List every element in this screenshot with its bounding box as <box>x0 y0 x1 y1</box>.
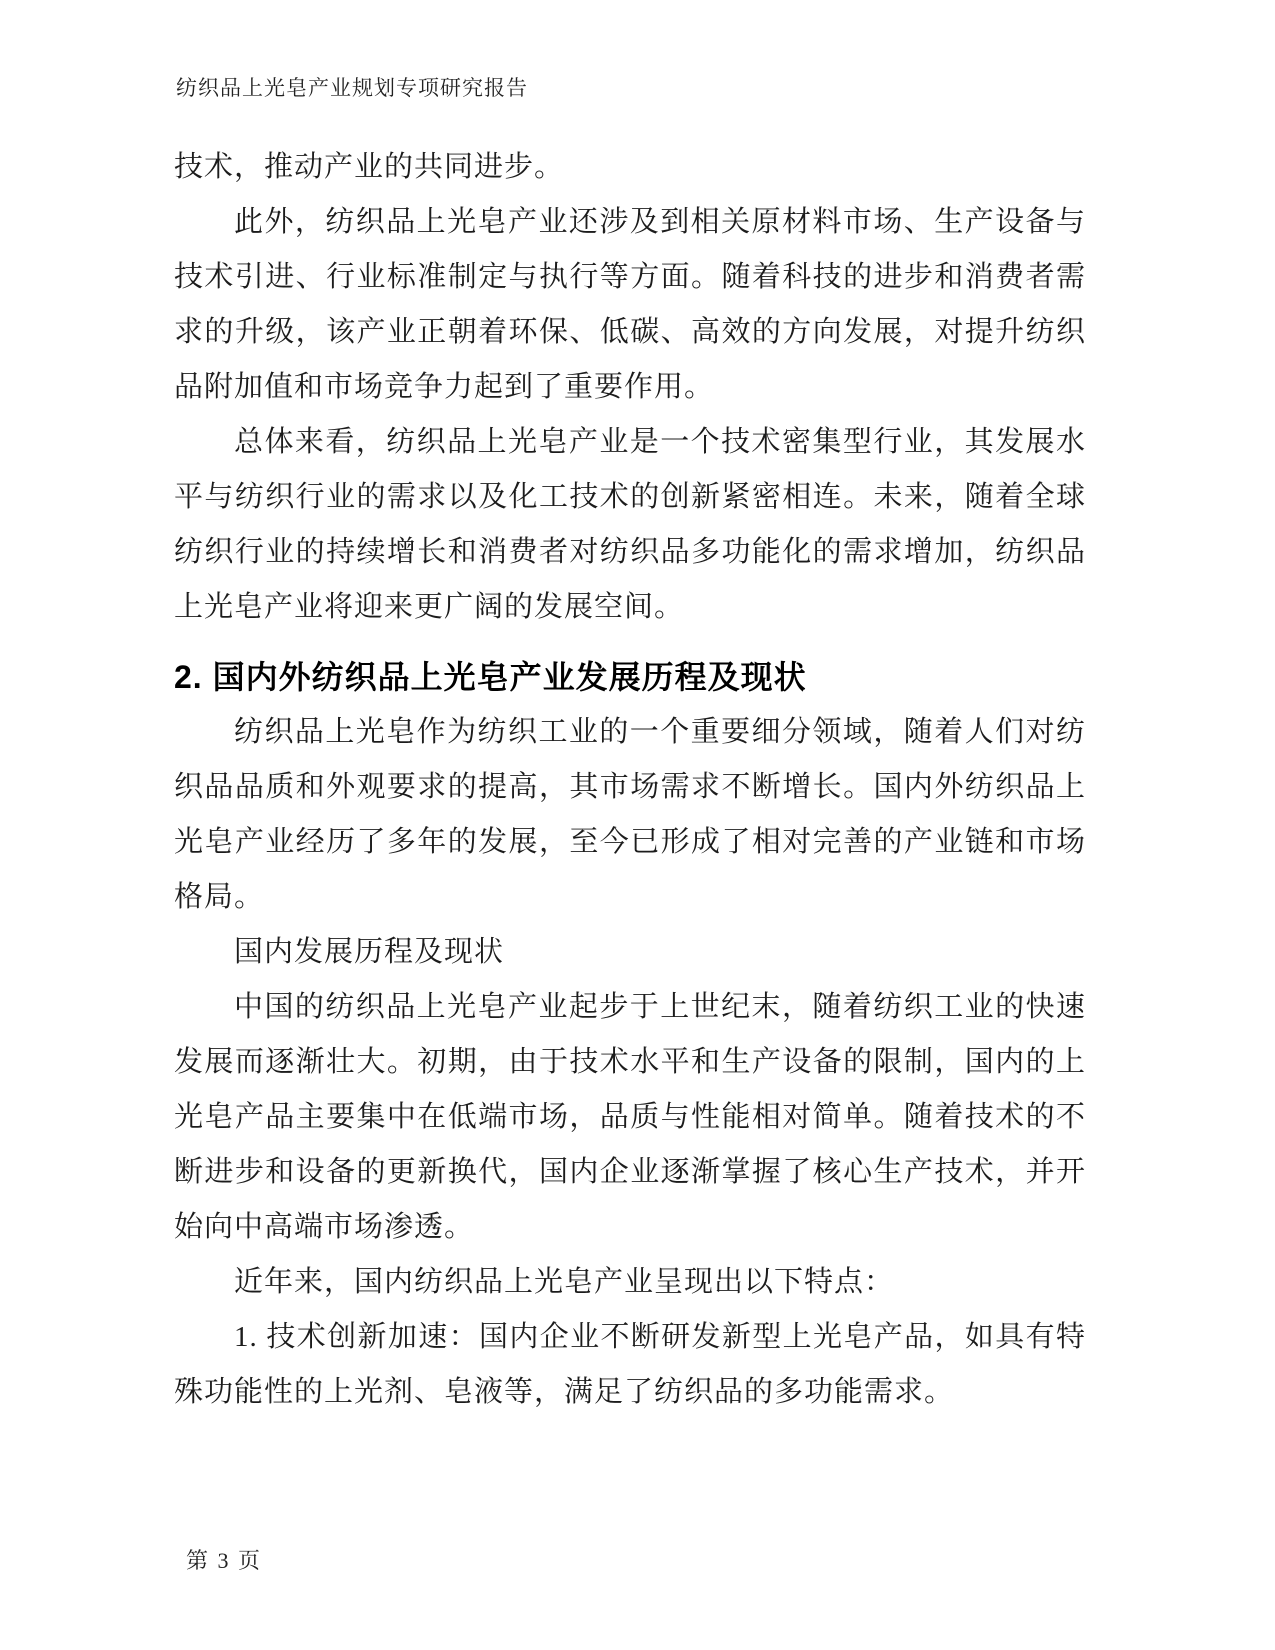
body-paragraph: 中国的纺织品上光皂产业起步于上世纪末，随着纺织工业的快速发展而逐渐壮大。初期，由… <box>174 980 1086 1255</box>
document-page: 纺织品上光皂产业规划专项研究报告 技术，推动产业的共同进步。 此外，纺织品上光皂… <box>0 0 1275 1650</box>
body-paragraph: 技术，推动产业的共同进步。 <box>174 140 1086 195</box>
section-heading: 2. 国内外纺织品上光皂产业发展历程及现状 <box>174 649 1086 705</box>
body-paragraph: 国内发展历程及现状 <box>174 925 1086 980</box>
body-paragraph: 近年来，国内纺织品上光皂产业呈现出以下特点： <box>174 1255 1086 1310</box>
page-number: 第 3 页 <box>186 1544 262 1575</box>
body-paragraph: 总体来看，纺织品上光皂产业是一个技术密集型行业，其发展水平与纺织行业的需求以及化… <box>174 415 1086 635</box>
document-header-title: 纺织品上光皂产业规划专项研究报告 <box>176 72 1088 102</box>
body-paragraph: 此外，纺织品上光皂产业还涉及到相关原材料市场、生产设备与技术引进、行业标准制定与… <box>174 195 1086 415</box>
document-body: 技术，推动产业的共同进步。 此外，纺织品上光皂产业还涉及到相关原材料市场、生产设… <box>174 140 1086 1420</box>
body-paragraph: 1. 技术创新加速：国内企业不断研发新型上光皂产品，如具有特殊功能性的上光剂、皂… <box>174 1310 1086 1420</box>
body-paragraph: 纺织品上光皂作为纺织工业的一个重要细分领域，随着人们对纺织品品质和外观要求的提高… <box>174 705 1086 925</box>
